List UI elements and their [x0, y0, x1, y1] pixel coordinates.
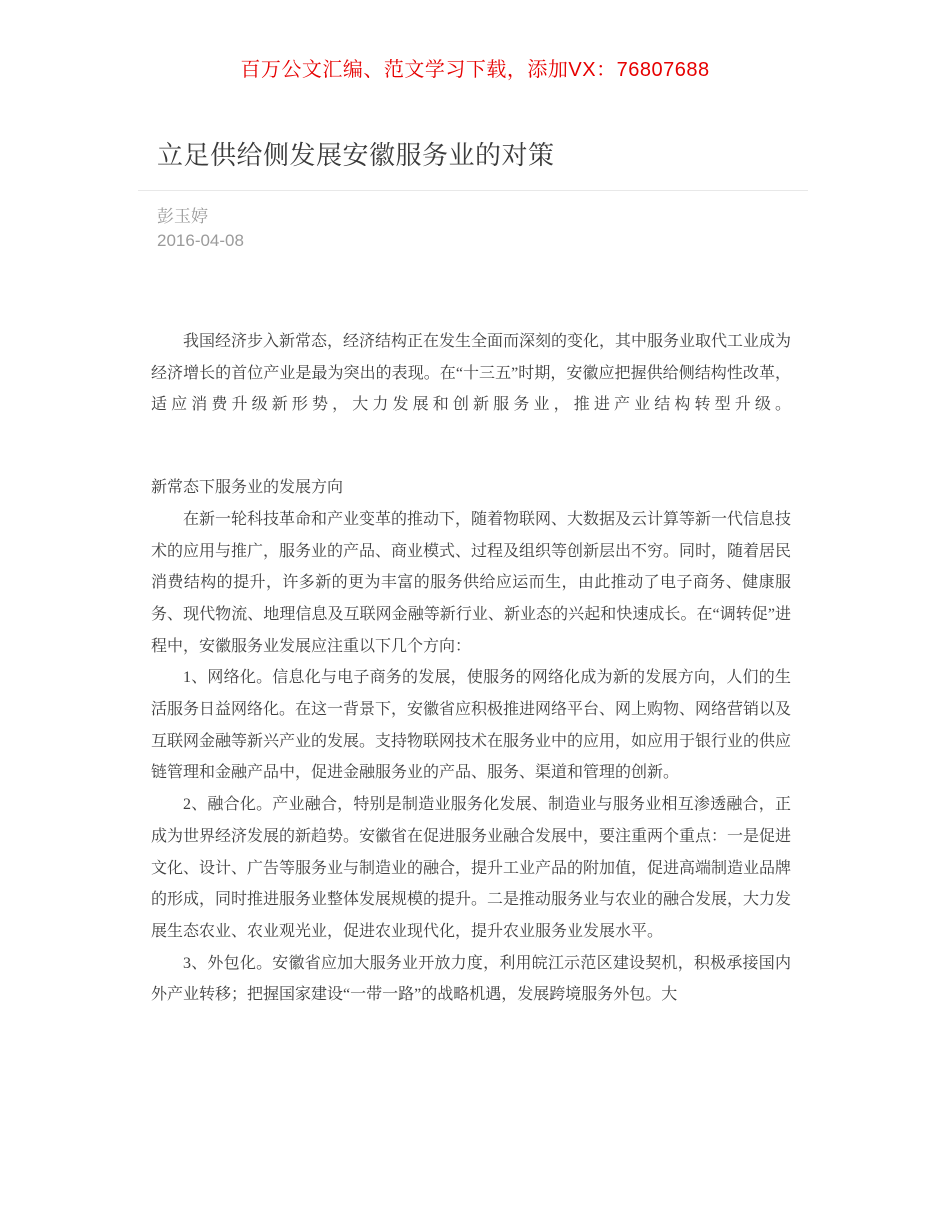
promo-banner: 百万公文汇编、范文学习下载，添加VX：76807688 [0, 0, 950, 83]
author-name: 彭玉婷 [157, 205, 950, 229]
article-meta: 彭玉婷 2016-04-08 [157, 205, 950, 252]
section-heading: 新常态下服务业的发展方向 [151, 472, 791, 504]
title-divider [138, 190, 808, 191]
paragraph-networkization: 1、网络化。信息化与电子商务的发展，使服务的网络化成为新的发展方向，人们的生活服… [151, 662, 791, 789]
intro-paragraph: 我国经济步入新常态，经济结构正在发生全面而深刻的变化，其中服务业取代工业成为经济… [151, 326, 791, 421]
paragraph-integration: 2、融合化。产业融合，特别是制造业服务化发展、制造业与服务业相互渗透融合，正成为… [151, 789, 791, 948]
article-body: 我国经济步入新常态，经济结构正在发生全面而深刻的变化，其中服务业取代工业成为经济… [151, 326, 791, 1011]
page-title: 立足供给侧发展安徽服务业的对策 [157, 136, 810, 174]
paragraph-development-direction: 在新一轮科技革命和产业变革的推动下，随着物联网、大数据及云计算等新一代信息技术的… [151, 504, 791, 663]
paragraph-outsourcing: 3、外包化。安徽省应加大服务业开放力度，利用皖江示范区建设契机，积极承接国内外产… [151, 948, 791, 1011]
publish-date: 2016-04-08 [157, 229, 950, 253]
